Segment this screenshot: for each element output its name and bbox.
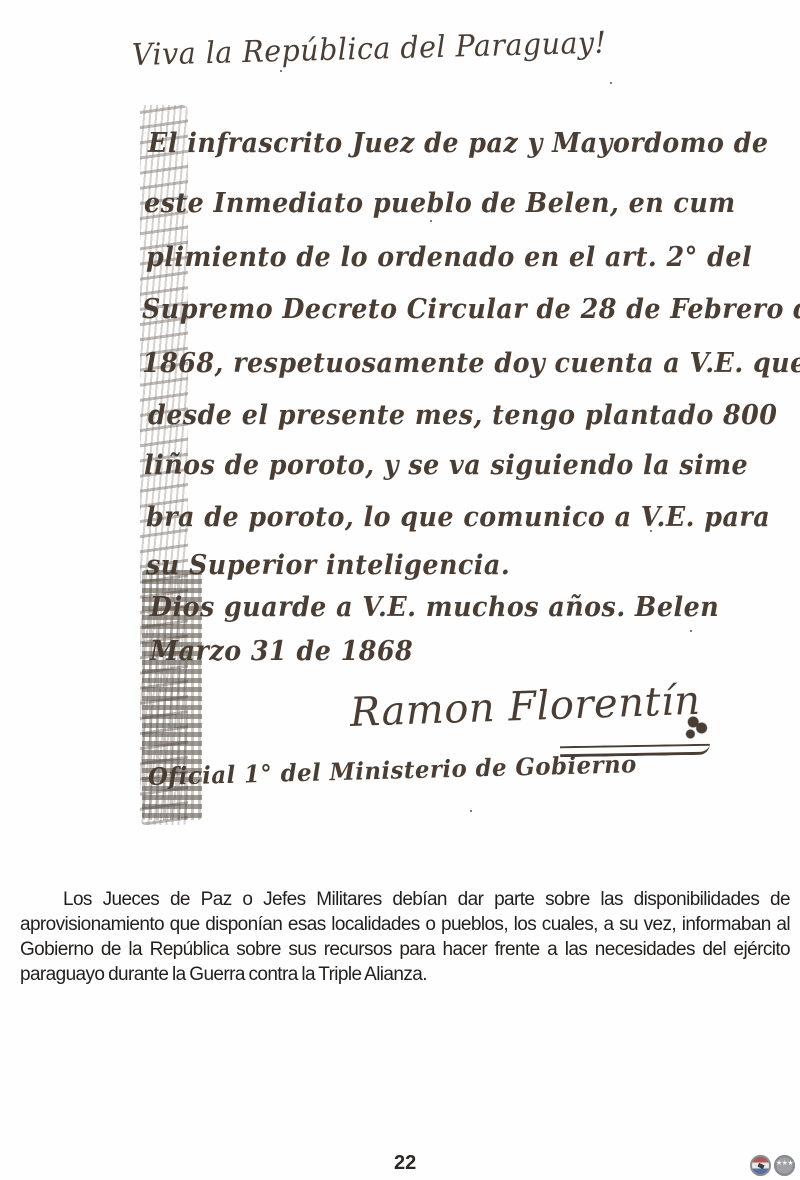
caption-paragraph: Los Jueces de Paz o Jefes Militares debí…: [20, 887, 790, 987]
photocopy-speck: [430, 220, 432, 222]
photocopy-speck: [690, 630, 692, 632]
manuscript-line: Supremo Decreto Circular de 28 de Febrer…: [142, 294, 800, 325]
manuscript-line: Marzo 31 de 1868: [150, 636, 413, 667]
photocopy-speck: [280, 70, 282, 72]
stars-glyph: ★★★: [774, 1159, 795, 1167]
manuscript-signature: Ramon Florentín: [349, 678, 701, 736]
manuscript-line: Dios guarde a V.E. muchos años. Belen: [150, 592, 719, 623]
photocopy-speck: [650, 530, 652, 532]
manuscript-signature-title: Oficial 1° del Ministerio de Gobierno: [148, 749, 637, 791]
manuscript-line: liños de poroto, y se va siguiendo la si…: [144, 450, 748, 481]
footer-emblems: ★★★: [750, 1155, 795, 1176]
photocopy-speck: [470, 810, 472, 812]
photocopy-speck: [610, 82, 612, 84]
manuscript-line: este Inmediato pueblo de Belen, en cum: [144, 188, 736, 219]
manuscript-line: plimiento de lo ordenado en el art. 2° d…: [146, 242, 752, 273]
manuscript-line: El infrascrito Juez de paz y Mayordomo d…: [148, 128, 769, 159]
manuscript-heading: Viva la República del Paraguay!: [132, 26, 607, 73]
document-page: Viva la República del Paraguay! El infra…: [0, 0, 800, 1180]
manuscript-line: su Superior inteligencia.: [146, 550, 510, 581]
signature-rubric-icon: [682, 710, 710, 740]
paraguay-flag-emblem-icon: [750, 1155, 771, 1176]
manuscript-line: 1868, respetuosamente doy cuenta a V.E. …: [142, 348, 800, 379]
page-number: 22: [394, 1152, 416, 1175]
manuscript-line: desde el presente mes, tengo plantado 80…: [148, 400, 777, 431]
stars-emblem-icon: ★★★: [774, 1155, 795, 1176]
manuscript-line: bra de poroto, lo que comunico a V.E. pa…: [146, 502, 770, 533]
manuscript-facsimile: Viva la República del Paraguay! El infra…: [130, 10, 720, 830]
